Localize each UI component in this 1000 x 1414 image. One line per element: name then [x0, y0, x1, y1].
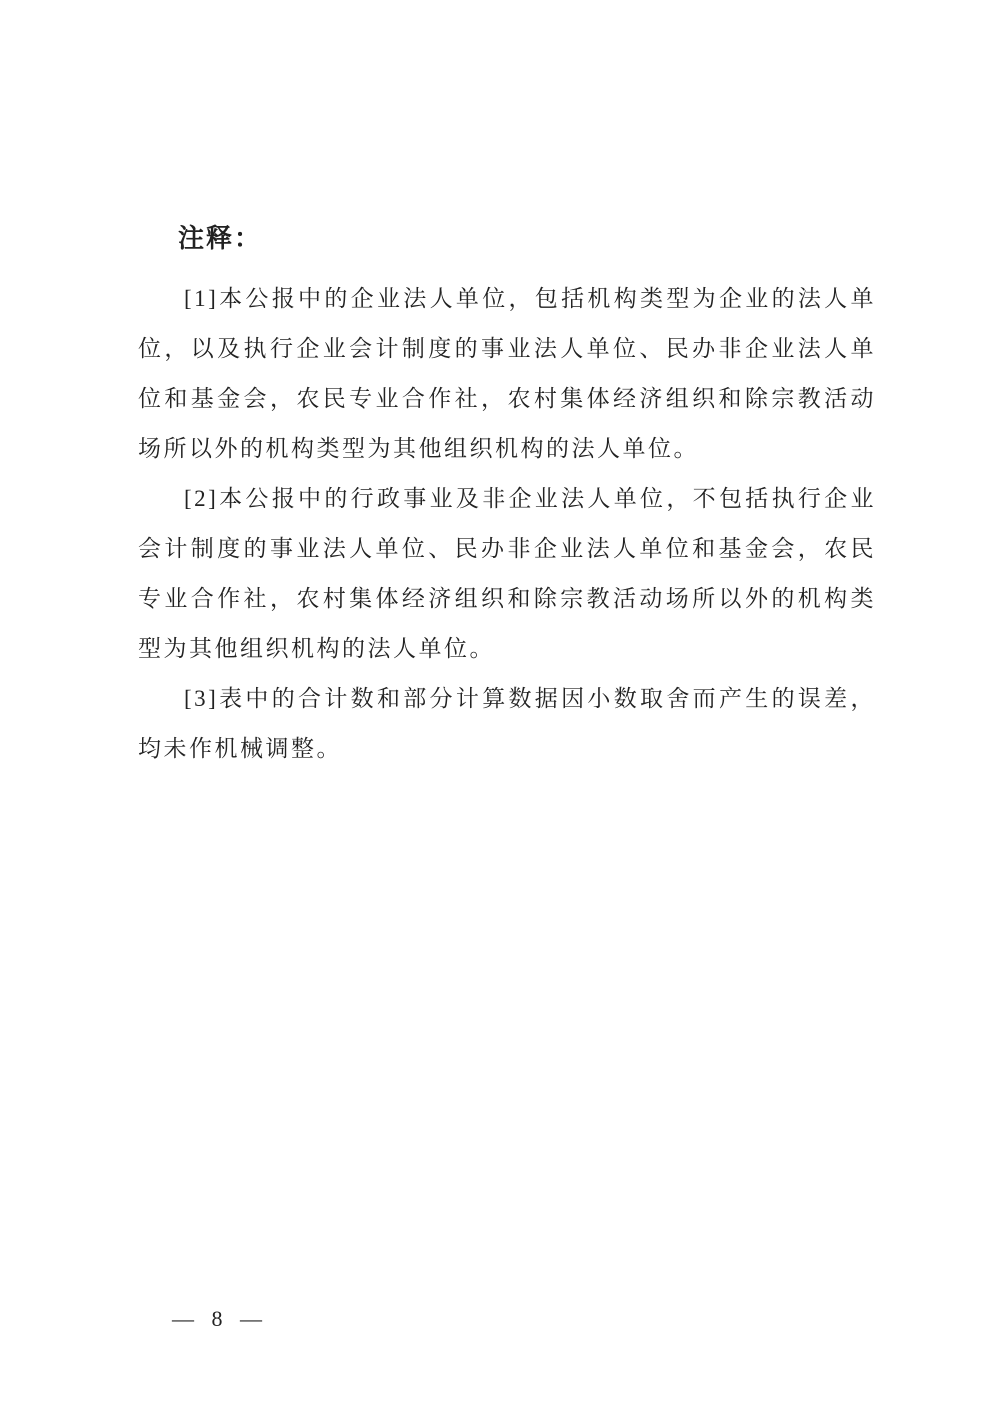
page-number: — 8 — — [172, 1306, 268, 1332]
notes-title: 注释： — [178, 222, 876, 256]
note-paragraph-3: [3]表中的合计数和部分计算数据因小数取舍而产生的误差，均未作机械调整。 — [138, 674, 876, 774]
document-page: 注释： [1]本公报中的企业法人单位，包括机构类型为企业的法人单位，以及执行企业… — [0, 0, 1000, 1414]
note-paragraph-1: [1]本公报中的企业法人单位，包括机构类型为企业的法人单位，以及执行企业会计制度… — [138, 274, 876, 474]
notes-section: 注释： [1]本公报中的企业法人单位，包括机构类型为企业的法人单位，以及执行企业… — [138, 222, 876, 774]
note-paragraph-2: [2]本公报中的行政事业及非企业法人单位，不包括执行企业会计制度的事业法人单位、… — [138, 474, 876, 674]
